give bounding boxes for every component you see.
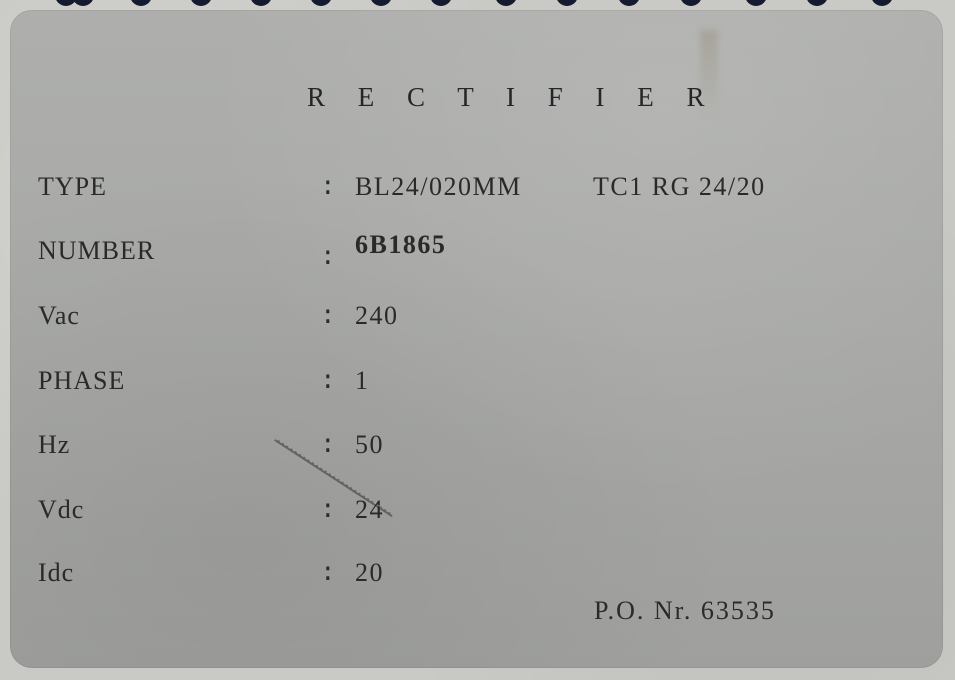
field-extra-value: TC1 RG 24/20 [593, 172, 766, 202]
hole [250, 0, 272, 6]
hole [72, 0, 94, 6]
plate-title: R E C T I F I E R [307, 82, 718, 113]
field-label: TYPE [38, 172, 107, 202]
hole [190, 0, 212, 6]
field-label: Vac [38, 301, 80, 331]
hole [806, 0, 828, 6]
field-colon: : [320, 172, 336, 202]
hole [370, 0, 392, 6]
hole [130, 0, 152, 6]
field-value: 50 [355, 430, 384, 460]
field-value: 20 [355, 558, 384, 588]
field-value: 6B1865 [355, 230, 446, 260]
perforation-holes [0, 0, 955, 6]
field-label: Vdc [38, 495, 84, 525]
hole [871, 0, 893, 6]
hole [430, 0, 452, 6]
field-colon: : [320, 430, 336, 460]
hole [310, 0, 332, 6]
field-label: Idc [38, 558, 74, 588]
hole [556, 0, 578, 6]
field-colon: : [320, 301, 336, 331]
hole [495, 0, 517, 6]
field-colon: : [320, 366, 336, 396]
field-colon: : [320, 242, 336, 272]
field-label: NUMBER [38, 236, 155, 266]
field-value: 1 [355, 366, 370, 396]
field-label: PHASE [38, 366, 125, 396]
field-value: BL24/020MM [355, 172, 522, 202]
po-number: P.O. Nr. 63535 [594, 596, 776, 626]
field-label: Hz [38, 430, 70, 460]
field-value: 240 [355, 301, 399, 331]
hole [745, 0, 767, 6]
field-colon: : [320, 558, 336, 588]
field-colon: : [320, 495, 336, 525]
hole [618, 0, 640, 6]
hole [680, 0, 702, 6]
